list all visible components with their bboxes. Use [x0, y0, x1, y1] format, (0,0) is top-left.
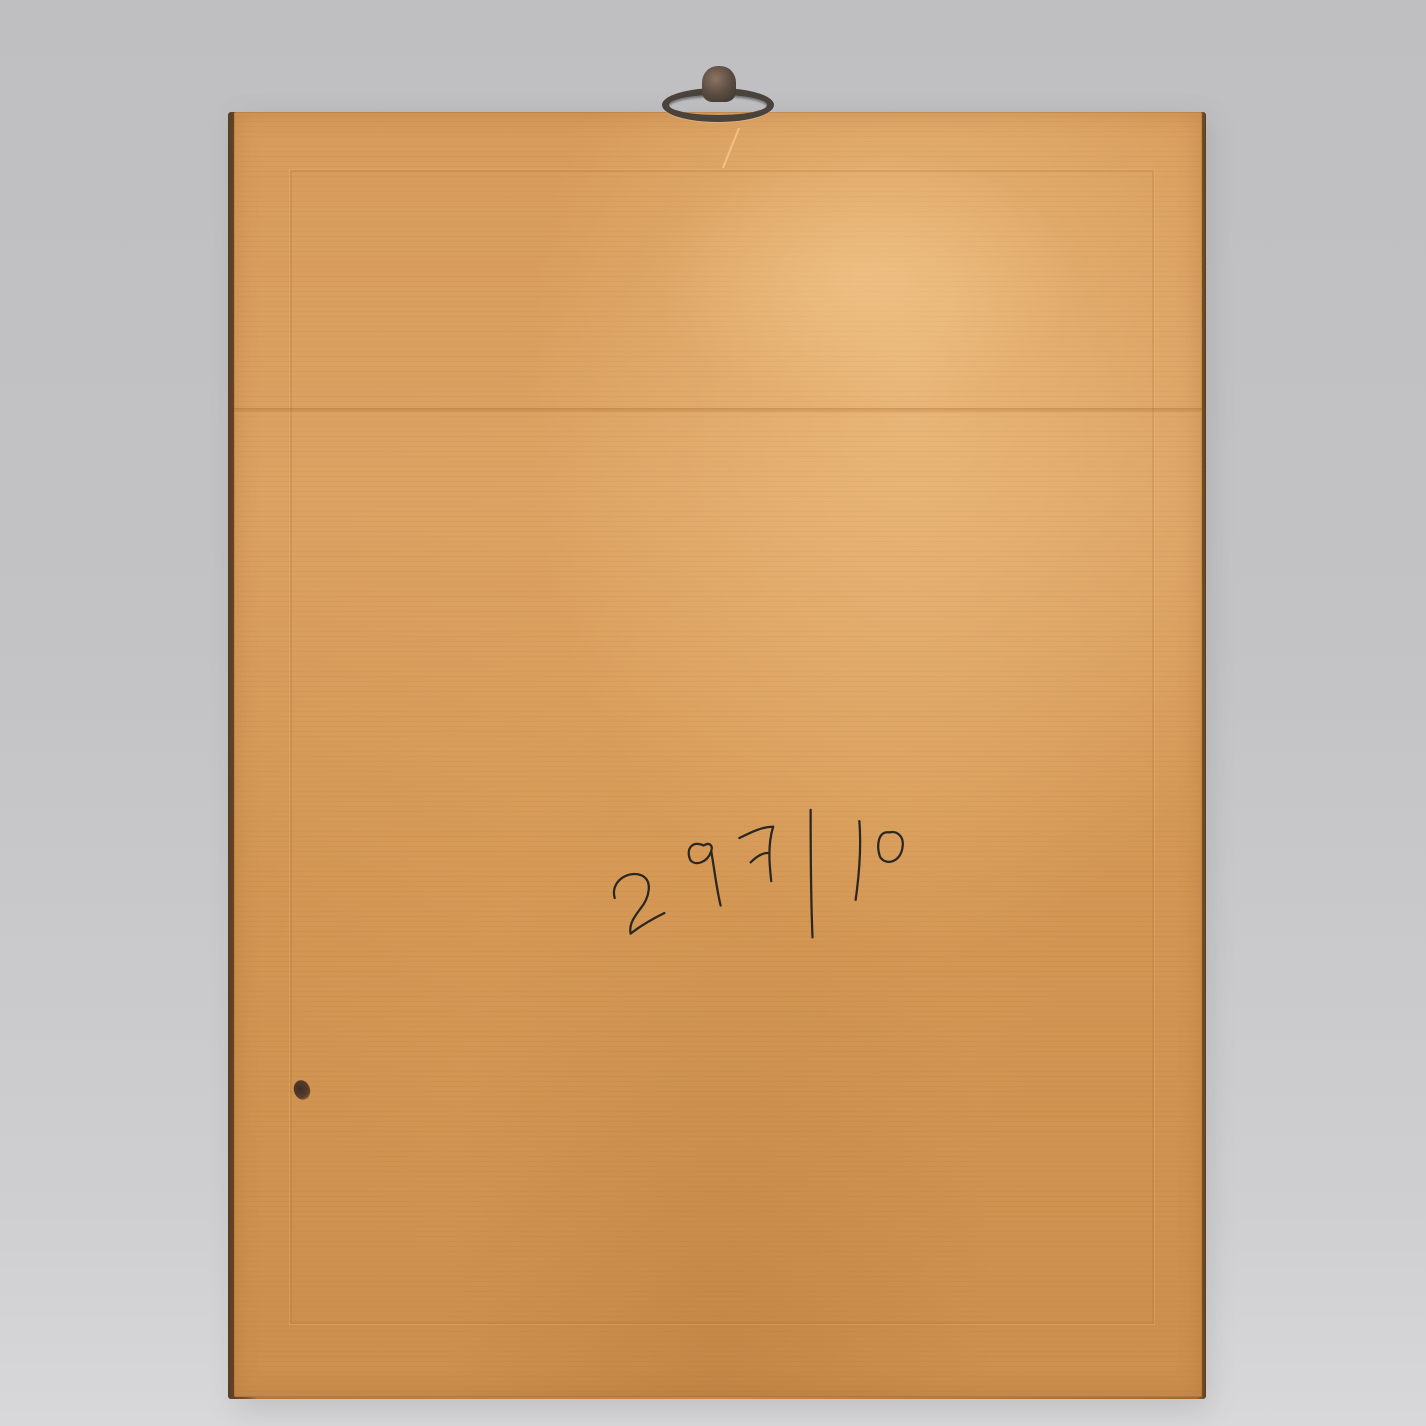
photograph-scene: 297|10: [0, 0, 1426, 1426]
hanging-ring-icon: [660, 62, 780, 126]
hanger-knob: [702, 66, 736, 102]
inscription-strokes: [590, 808, 930, 958]
paper-light-patch: [650, 150, 1080, 410]
pencil-inscription: 297|10: [590, 808, 930, 958]
